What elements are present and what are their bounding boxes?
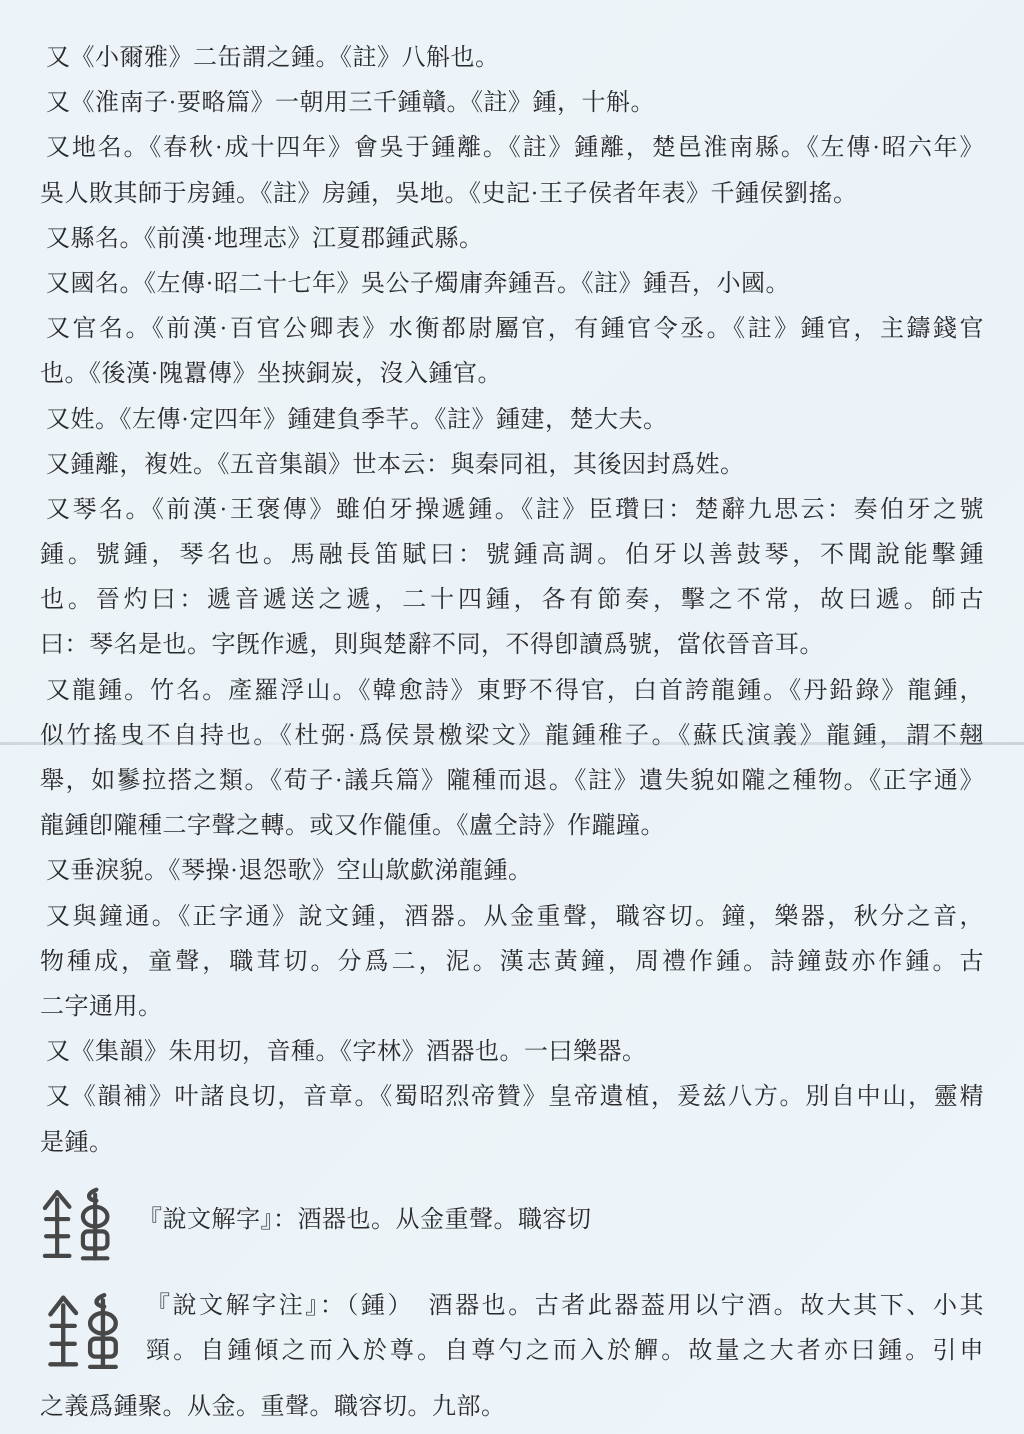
entry-line: 是鍾。 [40, 1121, 984, 1166]
zhu-line: 之義爲鍾聚。从金。重聲。職容切。九部。 [40, 1385, 984, 1430]
entry-line: 二字通用。 [40, 985, 984, 1030]
entry-line: 似竹搖曳不自持也。《杜弼·爲侯景檄梁文》龍鍾稚子。《蘇氏演義》龍鍾，謂不翹 [40, 714, 984, 759]
shuowen-jiezi-text: 『說文解字』：酒器也。从金重聲。職容切 [138, 1184, 592, 1243]
kangxi-entry: 又《小爾雅》二缶謂之鍾。《註》八斛也。又《淮南子·要略篇》一朝用三千鍾贛。《註》… [40, 36, 984, 1166]
entry-line: 也。《後漢·隗囂傳》坐挾銅炭，沒入鍾官。 [40, 352, 984, 397]
entry-line: 又與鐘通。《正字通》說文鍾，酒器。从金重聲，職容切。鐘，樂器，秋分之音， [40, 895, 984, 940]
entry-line: 又地名。《春秋·成十四年》會吳于鍾離。《註》鍾離，楚邑淮南縣。《左傳·昭六年》 [40, 126, 984, 171]
entry-line: 又《集韻》朱用切，音種。《字林》酒器也。一曰樂器。 [40, 1030, 984, 1075]
entry-line: 又縣名。《前漢·地理志》江夏郡鍾武縣。 [40, 217, 984, 262]
entry-line: 又《韻補》叶諸良切，音章。《蜀昭烈帝贊》皇帝遺植，爰兹八方。別自中山，靈精 [40, 1075, 984, 1120]
entry-line: 又國名。《左傳·昭二十七年》吳公子燭庸奔鍾吾。《註》鍾吾，小國。 [40, 262, 984, 307]
entry-line: 鍾。號鍾，琴名也。馬融長笛賦曰：號鍾高調。伯牙以善鼓琴，不聞說能擊鍾 [40, 533, 984, 578]
scanned-dictionary-page: 又《小爾雅》二缶謂之鍾。《註》八斛也。又《淮南子·要略篇》一朝用三千鍾贛。《註》… [0, 0, 1024, 1434]
entry-line: 又龍鍾。竹名。產羅浮山。《韓愈詩》東野不得官，白首誇龍鍾。《丹鉛錄》龍鍾， [40, 669, 984, 714]
zhu-line: 『說文解字注』：（鍾） 酒器也。古者此器葢用以宁酒。故大其下、小其 [146, 1284, 984, 1329]
entry-line: 又姓。《左傳·定四年》鍾建負季芊。《註》鍾建，楚大夫。 [40, 398, 984, 443]
entry-line: 物種成，童聲，職茸切。分爲二，泥。漢志黃鐘，周禮作鍾。詩鐘鼓亦作鍾。古 [40, 940, 984, 985]
entry-line: 龍鍾卽隴種二字聲之轉。或又作儱偅。《盧仝詩》作躘蹱。 [40, 804, 984, 849]
entry-line: 吳人敗其師于房鍾。《註》房鍾，吳地。《史記·王子侯者年表》千鍾侯劉搖。 [40, 172, 984, 217]
entry-line: 又鍾離，複姓。《五音集韻》世本云：與秦同祖，其後因封爲姓。 [40, 443, 984, 488]
seal-script-zhong-icon [42, 1290, 128, 1377]
entry-line: 又《小爾雅》二缶謂之鍾。《註》八斛也。 [40, 36, 984, 81]
seal-script-zhong-icon [40, 1184, 116, 1269]
shuowen-jiezi-section: 『說文解字』：酒器也。从金重聲。職容切 [40, 1184, 984, 1270]
entry-line: 又琴名。《前漢·王褒傳》雖伯牙操遞鍾。《註》臣瓚曰：楚辭九思云：奏伯牙之號 [40, 488, 984, 533]
shuowen-zhu-text: 『說文解字注』：（鍾） 酒器也。古者此器葢用以宁酒。故大其下、小其頸。自鍾傾之而… [40, 1284, 984, 1430]
zhu-line: 頸。自鍾傾之而入於尊。自尊勺之而入於觶。故量之大者亦曰鍾。引申 [146, 1329, 984, 1374]
entry-line: 也。晉灼曰：遞音遞送之遞，二十四鍾，各有節奏，擊之不常，故曰遞。師古 [40, 578, 984, 623]
entry-line: 舉，如鬖拉搭之類。《荀子·議兵篇》隴種而退。《註》遺失貌如隴之種物。《正字通》 [40, 759, 984, 804]
entry-line: 又《淮南子·要略篇》一朝用三千鍾贛。《註》鍾，十斛。 [40, 81, 984, 126]
entry-line: 曰：琴名是也。字旣作遞，則與楚辭不同，不得卽讀爲號，當依晉音耳。 [40, 623, 984, 668]
entry-line: 又垂淚貌。《琴操·退怨歌》空山歍歔涕龍鍾。 [40, 849, 984, 894]
shuowen-zhu-section: 『說文解字注』：（鍾） 酒器也。古者此器葢用以宁酒。故大其下、小其頸。自鍾傾之而… [40, 1284, 984, 1430]
entry-line: 又官名。《前漢·百官公卿表》水衡都尉屬官，有鍾官令丞。《註》鍾官，主鑄錢官 [40, 307, 984, 352]
